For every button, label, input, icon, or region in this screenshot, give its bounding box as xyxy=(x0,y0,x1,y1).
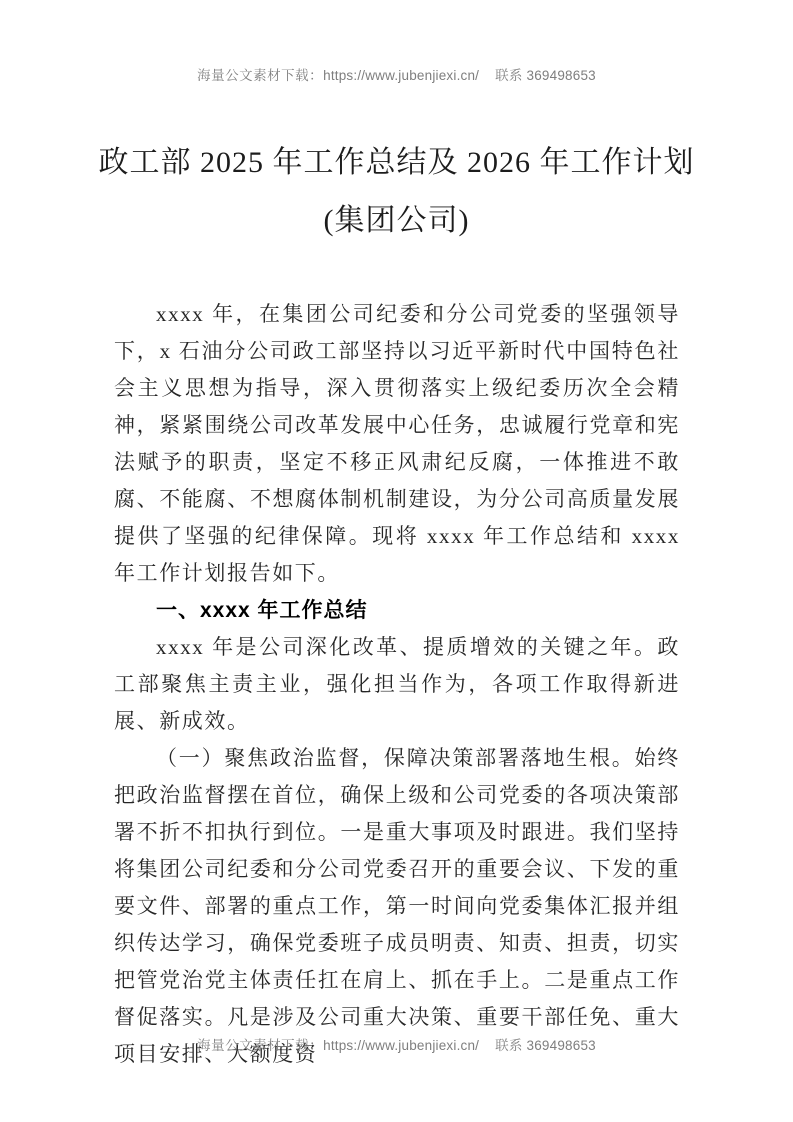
document-title: 政工部 2025 年工作总结及 2026 年工作计划 (集团公司) xyxy=(0,134,793,250)
paragraph-intro: xxxx 年，在集团公司纪委和分公司党委的坚强领导下，x 石油分公司政工部坚持以… xyxy=(114,296,680,592)
document-title-line2: (集团公司) xyxy=(0,192,793,250)
document-title-line1: 政工部 2025 年工作总结及 2026 年工作计划 xyxy=(0,134,793,192)
footer-contact-info: 联系 369498653 xyxy=(495,1038,596,1053)
footer-source-label: 海量公文素材下载： xyxy=(197,1038,323,1053)
footer-source-url: https://www.jubenjiexi.cn/ xyxy=(323,1038,479,1053)
header-source-url: https://www.jubenjiexi.cn/ xyxy=(323,68,479,83)
page-header: 海量公文素材下载：https://www.jubenjiexi.cn/联系 36… xyxy=(0,66,793,86)
document-body: xxxx 年，在集团公司纪委和分公司党委的坚强领导下，x 石油分公司政工部坚持以… xyxy=(114,296,680,1073)
section-heading-1: 一、xxxx 年工作总结 xyxy=(114,592,680,629)
header-source-label: 海量公文素材下载： xyxy=(197,68,323,83)
paragraph-item-1: （一）聚焦政治监督，保障决策部署落地生根。始终把政治监督摆在首位，确保上级和公司… xyxy=(114,740,680,1073)
paragraph-year-summary: xxxx 年是公司深化改革、提质增效的关键之年。政工部聚焦主责主业，强化担当作为… xyxy=(114,629,680,740)
document-page: 海量公文素材下载：https://www.jubenjiexi.cn/联系 36… xyxy=(0,0,793,1122)
page-footer: 海量公文素材下载：https://www.jubenjiexi.cn/联系 36… xyxy=(0,1036,793,1056)
header-contact-info: 联系 369498653 xyxy=(495,68,596,83)
